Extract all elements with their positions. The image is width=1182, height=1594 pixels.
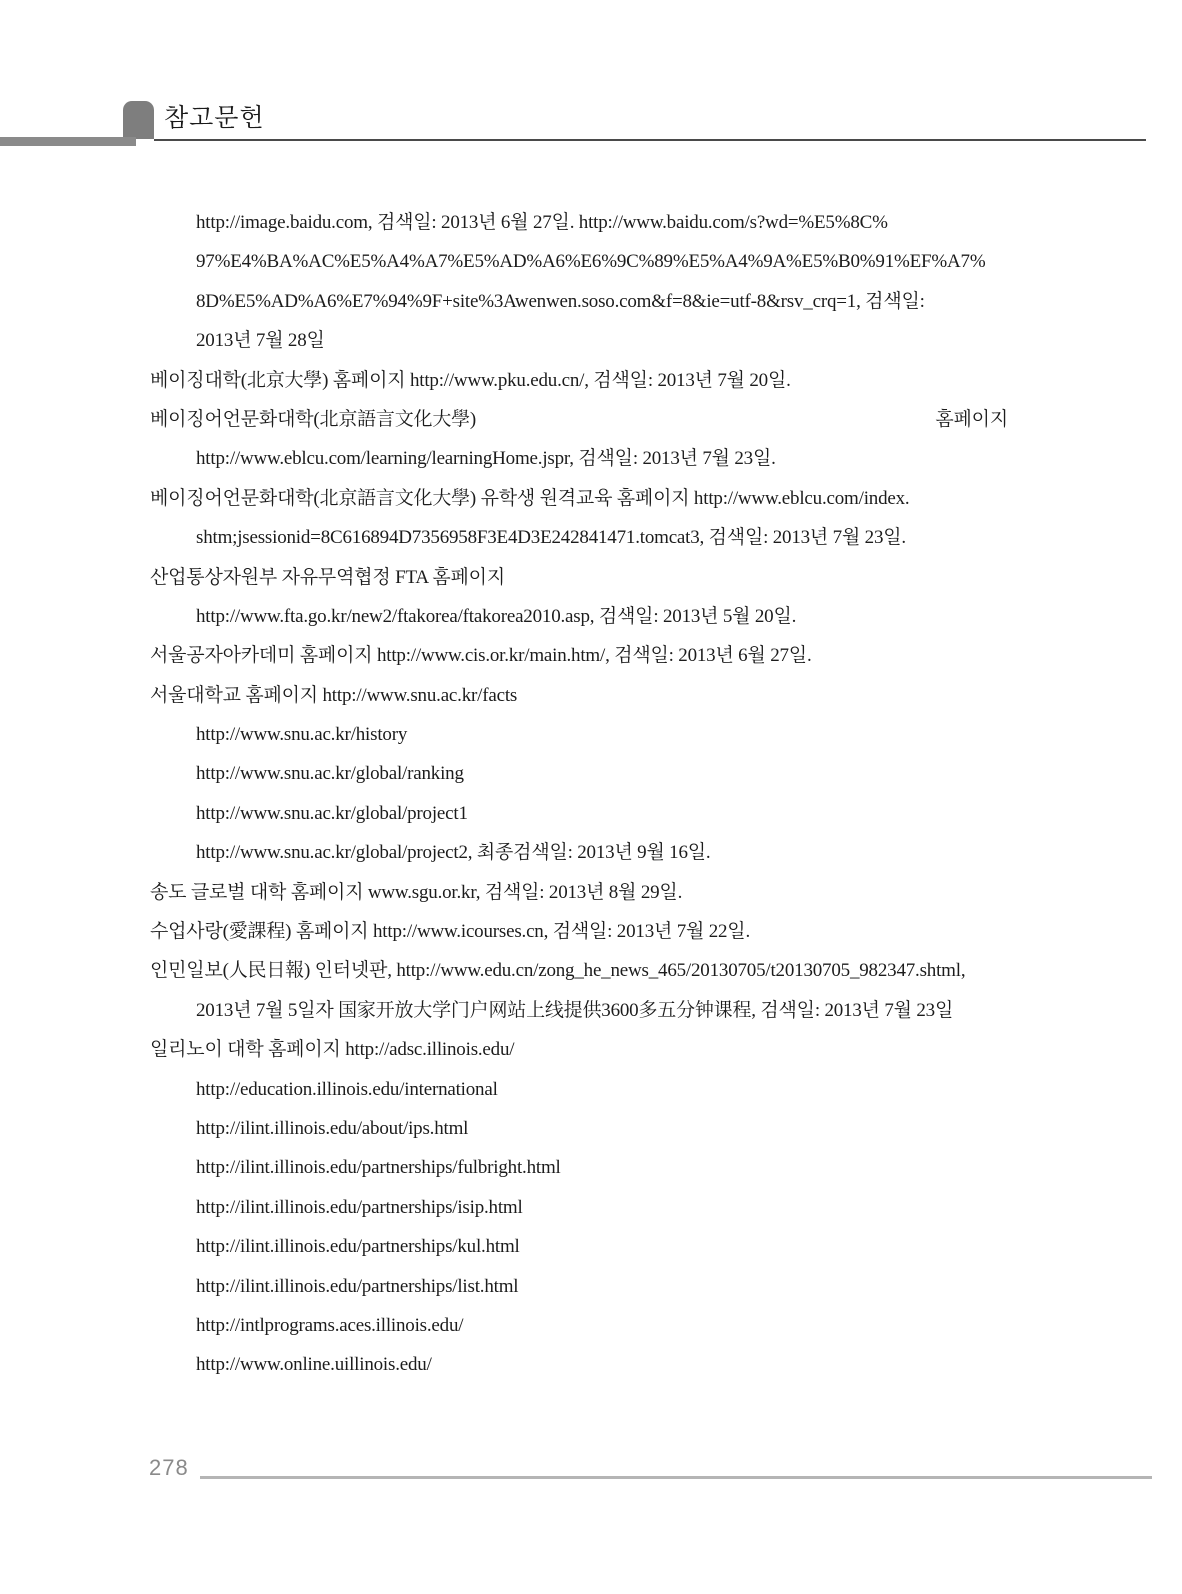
reference-line: 일리노이 대학 홈페이지 http://adsc.illinois.edu/: [150, 1030, 1008, 1069]
reference-line: http://www.snu.ac.kr/global/ranking: [150, 754, 1008, 793]
reference-line: http://www.eblcu.com/learning/learningHo…: [150, 439, 1008, 478]
reference-line: http://intlprograms.aces.illinois.edu/: [150, 1306, 1008, 1345]
header-rule: [154, 139, 1146, 141]
reference-line: http://ilint.illinois.edu/about/ips.html: [150, 1109, 1008, 1148]
footer-rule: [200, 1476, 1152, 1479]
reference-line: 8D%E5%AD%A6%E7%94%9F+site%3Awenwen.soso.…: [150, 282, 1008, 321]
reference-line: 서울대학교 홈페이지 http://www.snu.ac.kr/facts: [150, 676, 1008, 715]
reference-line: 서울공자아카데미 홈페이지 http://www.cis.or.kr/main.…: [150, 636, 1008, 675]
reference-line: http://www.online.uillinois.edu/: [150, 1345, 1008, 1384]
reference-line: 97%E4%BA%AC%E5%A4%A7%E5%AD%A6%E6%9C%89%E…: [150, 242, 1008, 281]
reference-line: http://ilint.illinois.edu/partnerships/i…: [150, 1188, 1008, 1227]
reference-line: http://www.snu.ac.kr/global/project2, 최종…: [150, 833, 1008, 872]
reference-line: 베이징어언문화대학(北京語言文化大學) 유학생 원격교육 홈페이지 http:/…: [150, 479, 1008, 518]
reference-line-right: 홈페이지: [935, 400, 1008, 439]
reference-line: http://ilint.illinois.edu/partnerships/l…: [150, 1267, 1008, 1306]
reference-list: http://image.baidu.com, 검색일: 2013년 6월 27…: [150, 203, 1008, 1385]
section-title: 참고문헌: [164, 101, 265, 135]
reference-line: http://www.snu.ac.kr/history: [150, 715, 1008, 754]
reference-line: 수업사랑(愛課程) 홈페이지 http://www.icourses.cn, 검…: [150, 912, 1008, 951]
reference-line: http://education.illinois.edu/internatio…: [150, 1070, 1008, 1109]
reference-line: 인민일보(人民日報) 인터넷판, http://www.edu.cn/zong_…: [150, 951, 1008, 990]
reference-line-left: 베이징어언문화대학(北京語言文化大學): [150, 400, 476, 439]
reference-line: http://www.fta.go.kr/new2/ftakorea/ftako…: [150, 597, 1008, 636]
reference-line: 베이징대학(北京大學) 홈페이지 http://www.pku.edu.cn/,…: [150, 361, 1008, 400]
reference-line: http://image.baidu.com, 검색일: 2013년 6월 27…: [150, 203, 1008, 242]
header-rule-left: [0, 137, 136, 146]
section-tab-marker: [123, 101, 154, 139]
reference-line: http://ilint.illinois.edu/partnerships/f…: [150, 1148, 1008, 1187]
reference-line: http://www.snu.ac.kr/global/project1: [150, 794, 1008, 833]
page-number: 278: [149, 1455, 189, 1481]
reference-line: 2013년 7월 5일자 国家开放大学门户网站上线提供3600多五分钟课程, 검…: [150, 991, 1008, 1030]
reference-line: 베이징어언문화대학(北京語言文化大學)홈페이지: [150, 400, 1008, 439]
reference-line: 송도 글로벌 대학 홈페이지 www.sgu.or.kr, 검색일: 2013년…: [150, 873, 1008, 912]
reference-line: 산업통상자원부 자유무역협정 FTA 홈페이지: [150, 558, 1008, 597]
reference-line: shtm;jsessionid=8C616894D7356958F3E4D3E2…: [150, 518, 1008, 557]
reference-line: http://ilint.illinois.edu/partnerships/k…: [150, 1227, 1008, 1266]
reference-line: 2013년 7월 28일: [150, 321, 1008, 360]
